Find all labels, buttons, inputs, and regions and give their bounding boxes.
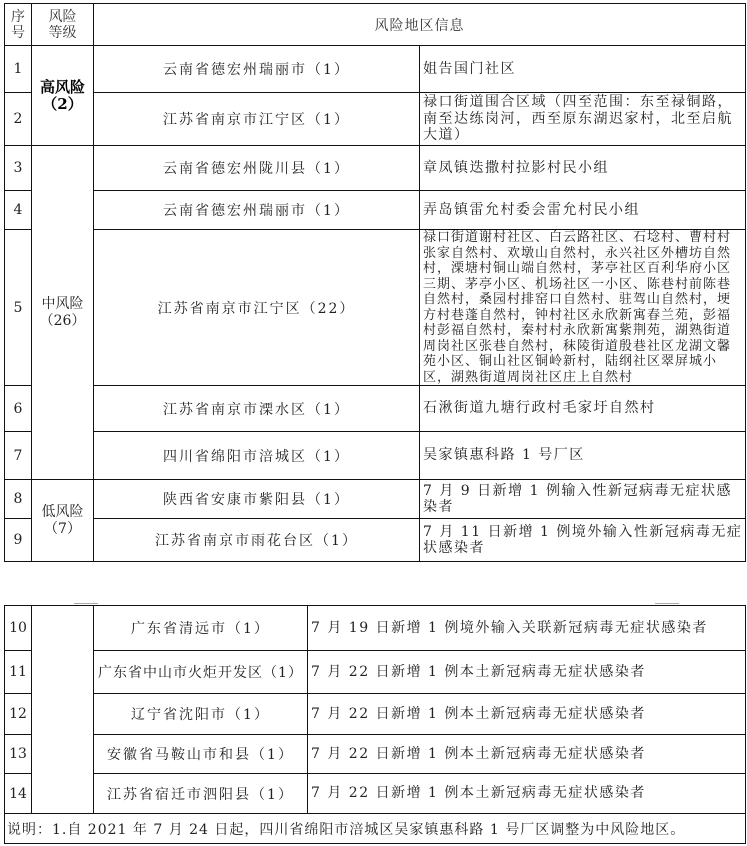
row-no: 5: [5, 230, 32, 386]
row-area: 四川省绵阳市涪城区（1）: [94, 432, 420, 480]
row-info: 7 月 22 日新增 1 例本土新冠病毒无症状感染者: [308, 735, 746, 774]
row-info: 7 月 22 日新增 1 例本土新冠病毒无症状感染者: [308, 694, 746, 735]
risk-area-table-page-1: 序 号 风险 等级 风险地区信息 1 高风险 （2） 云南省德宏州瑞丽市（1） …: [4, 3, 746, 562]
row-info: 7 月 19 日新增 1 例境外输入关联新冠病毒无症状感染者: [308, 606, 746, 651]
row-area: 云南省德宏州瑞丽市（1）: [94, 191, 420, 230]
row-area: 江苏省南京市江宁区（22）: [94, 230, 420, 386]
risk-level-low-continued: [32, 606, 94, 814]
row-info: 7 月 9 日新增 1 例输入性新冠病毒无症状感染者: [420, 480, 746, 519]
row-info: 石湫街道九塘行政村毛家圩自然村: [420, 386, 746, 432]
row-no: 13: [5, 735, 32, 774]
table-row: 11 广东省中山市火炬开发区（1） 7 月 22 日新增 1 例本土新冠病毒无症…: [5, 651, 746, 694]
row-info: 禄口街道谢村社区、白云路社区、石埝村、曹村村张家自然村、欢墩山自然村，永兴社区外…: [420, 230, 746, 386]
header-level-line-1: 风险: [32, 9, 93, 25]
header-info: 风险地区信息: [94, 4, 746, 46]
table-row: 1 高风险 （2） 云南省德宏州瑞丽市（1） 姐告国门社区: [5, 46, 746, 93]
row-no: 1: [5, 46, 32, 93]
table-row: 9 江苏省南京市雨花台区（1） 7 月 11 日新增 1 例境外输入性新冠病毒无…: [5, 519, 746, 562]
row-info: 7 月 22 日新增 1 例本土新冠病毒无症状感染者: [308, 651, 746, 694]
risk-level-count: （2）: [32, 96, 93, 113]
row-no: 10: [5, 606, 32, 651]
row-area: 辽宁省沈阳市（1）: [94, 694, 308, 735]
row-area: 云南省德宏州陇川县（1）: [94, 146, 420, 191]
header-no-line-1: 序: [5, 9, 31, 25]
page-break-mark: [655, 603, 679, 604]
header-no-line-2: 号: [5, 25, 31, 41]
header-no: 序 号: [5, 4, 32, 46]
risk-level-low: 低风险 （7）: [32, 480, 94, 562]
row-info: 7 月 11 日新增 1 例境外输入性新冠病毒无症状感染者: [420, 519, 746, 562]
risk-level-high: 高风险 （2）: [32, 46, 94, 146]
row-no: 3: [5, 146, 32, 191]
row-info: 弄岛镇雷允村委会雷允村民小组: [420, 191, 746, 230]
row-no: 14: [5, 774, 32, 814]
table-row: 7 四川省绵阳市涪城区（1） 吴家镇惠科路 1 号厂区: [5, 432, 746, 480]
table-row: 3 中风险 （26） 云南省德宏州陇川县（1） 章凤镇迭撒村拉影村民小组: [5, 146, 746, 191]
row-no: 12: [5, 694, 32, 735]
table-row: 2 江苏省南京市江宁区（1） 禄口街道围合区域（四至范围：东至禄铜路，南至达练岗…: [5, 93, 746, 146]
row-info: 姐告国门社区: [420, 46, 746, 93]
row-no: 9: [5, 519, 32, 562]
row-info: 章凤镇迭撒村拉影村民小组: [420, 146, 746, 191]
row-area: 江苏省南京市溧水区（1）: [94, 386, 420, 432]
row-area: 陕西省安康市紫阳县（1）: [94, 480, 420, 519]
table-row: 8 低风险 （7） 陕西省安康市紫阳县（1） 7 月 9 日新增 1 例输入性新…: [5, 480, 746, 519]
table-row: 14 江苏省宿迁市泗阳县（1） 7 月 22 日新增 1 例本土新冠病毒无症状感…: [5, 774, 746, 814]
row-no: 8: [5, 480, 32, 519]
risk-level-label: 中风险: [32, 296, 93, 313]
row-area: 云南省德宏州瑞丽市（1）: [94, 46, 420, 93]
table-row: 4 云南省德宏州瑞丽市（1） 弄岛镇雷允村委会雷允村民小组: [5, 191, 746, 230]
table-row: 13 安徽省马鞍山市和县（1） 7 月 22 日新增 1 例本土新冠病毒无症状感…: [5, 735, 746, 774]
row-area: 江苏省南京市江宁区（1）: [94, 93, 420, 146]
risk-level-label: 低风险: [32, 504, 93, 521]
table-row: 5 江苏省南京市江宁区（22） 禄口街道谢村社区、白云路社区、石埝村、曹村村张家…: [5, 230, 746, 386]
risk-area-table-page-2: 10 广东省清远市（1） 7 月 19 日新增 1 例境外输入关联新冠病毒无症状…: [4, 605, 746, 844]
row-area: 广东省中山市火炬开发区（1）: [94, 651, 308, 694]
note-row: 说明：1.自 2021 年 7 月 24 日起，四川省绵阳市涪城区吴家镇惠科路 …: [5, 814, 746, 844]
risk-level-label: 高风险: [32, 79, 93, 96]
row-no: 11: [5, 651, 32, 694]
row-no: 4: [5, 191, 32, 230]
row-area: 安徽省马鞍山市和县（1）: [94, 735, 308, 774]
table-note: 说明：1.自 2021 年 7 月 24 日起，四川省绵阳市涪城区吴家镇惠科路 …: [5, 814, 746, 844]
row-area: 江苏省宿迁市泗阳县（1）: [94, 774, 308, 814]
row-area: 广东省清远市（1）: [94, 606, 308, 651]
risk-level-count: （26）: [32, 313, 93, 330]
risk-level-medium: 中风险 （26）: [32, 146, 94, 480]
row-area: 江苏省南京市雨花台区（1）: [94, 519, 420, 562]
risk-level-count: （7）: [32, 521, 93, 538]
table-row: 10 广东省清远市（1） 7 月 19 日新增 1 例境外输入关联新冠病毒无症状…: [5, 606, 746, 651]
row-no: 2: [5, 93, 32, 146]
row-info: 吴家镇惠科路 1 号厂区: [420, 432, 746, 480]
table-header-row: 序 号 风险 等级 风险地区信息: [5, 4, 746, 46]
row-no: 6: [5, 386, 32, 432]
row-info: 7 月 22 日新增 1 例本土新冠病毒无症状感染者: [308, 774, 746, 814]
header-level: 风险 等级: [32, 4, 94, 46]
row-no: 7: [5, 432, 32, 480]
table-row: 12 辽宁省沈阳市（1） 7 月 22 日新增 1 例本土新冠病毒无症状感染者: [5, 694, 746, 735]
row-info: 禄口街道围合区域（四至范围：东至禄铜路，南至达练岗河，西至原东湖迟家村，北至启航…: [420, 93, 746, 146]
page-break-mark: [74, 603, 98, 604]
table-row: 6 江苏省南京市溧水区（1） 石湫街道九塘行政村毛家圩自然村: [5, 386, 746, 432]
header-level-line-2: 等级: [32, 25, 93, 41]
